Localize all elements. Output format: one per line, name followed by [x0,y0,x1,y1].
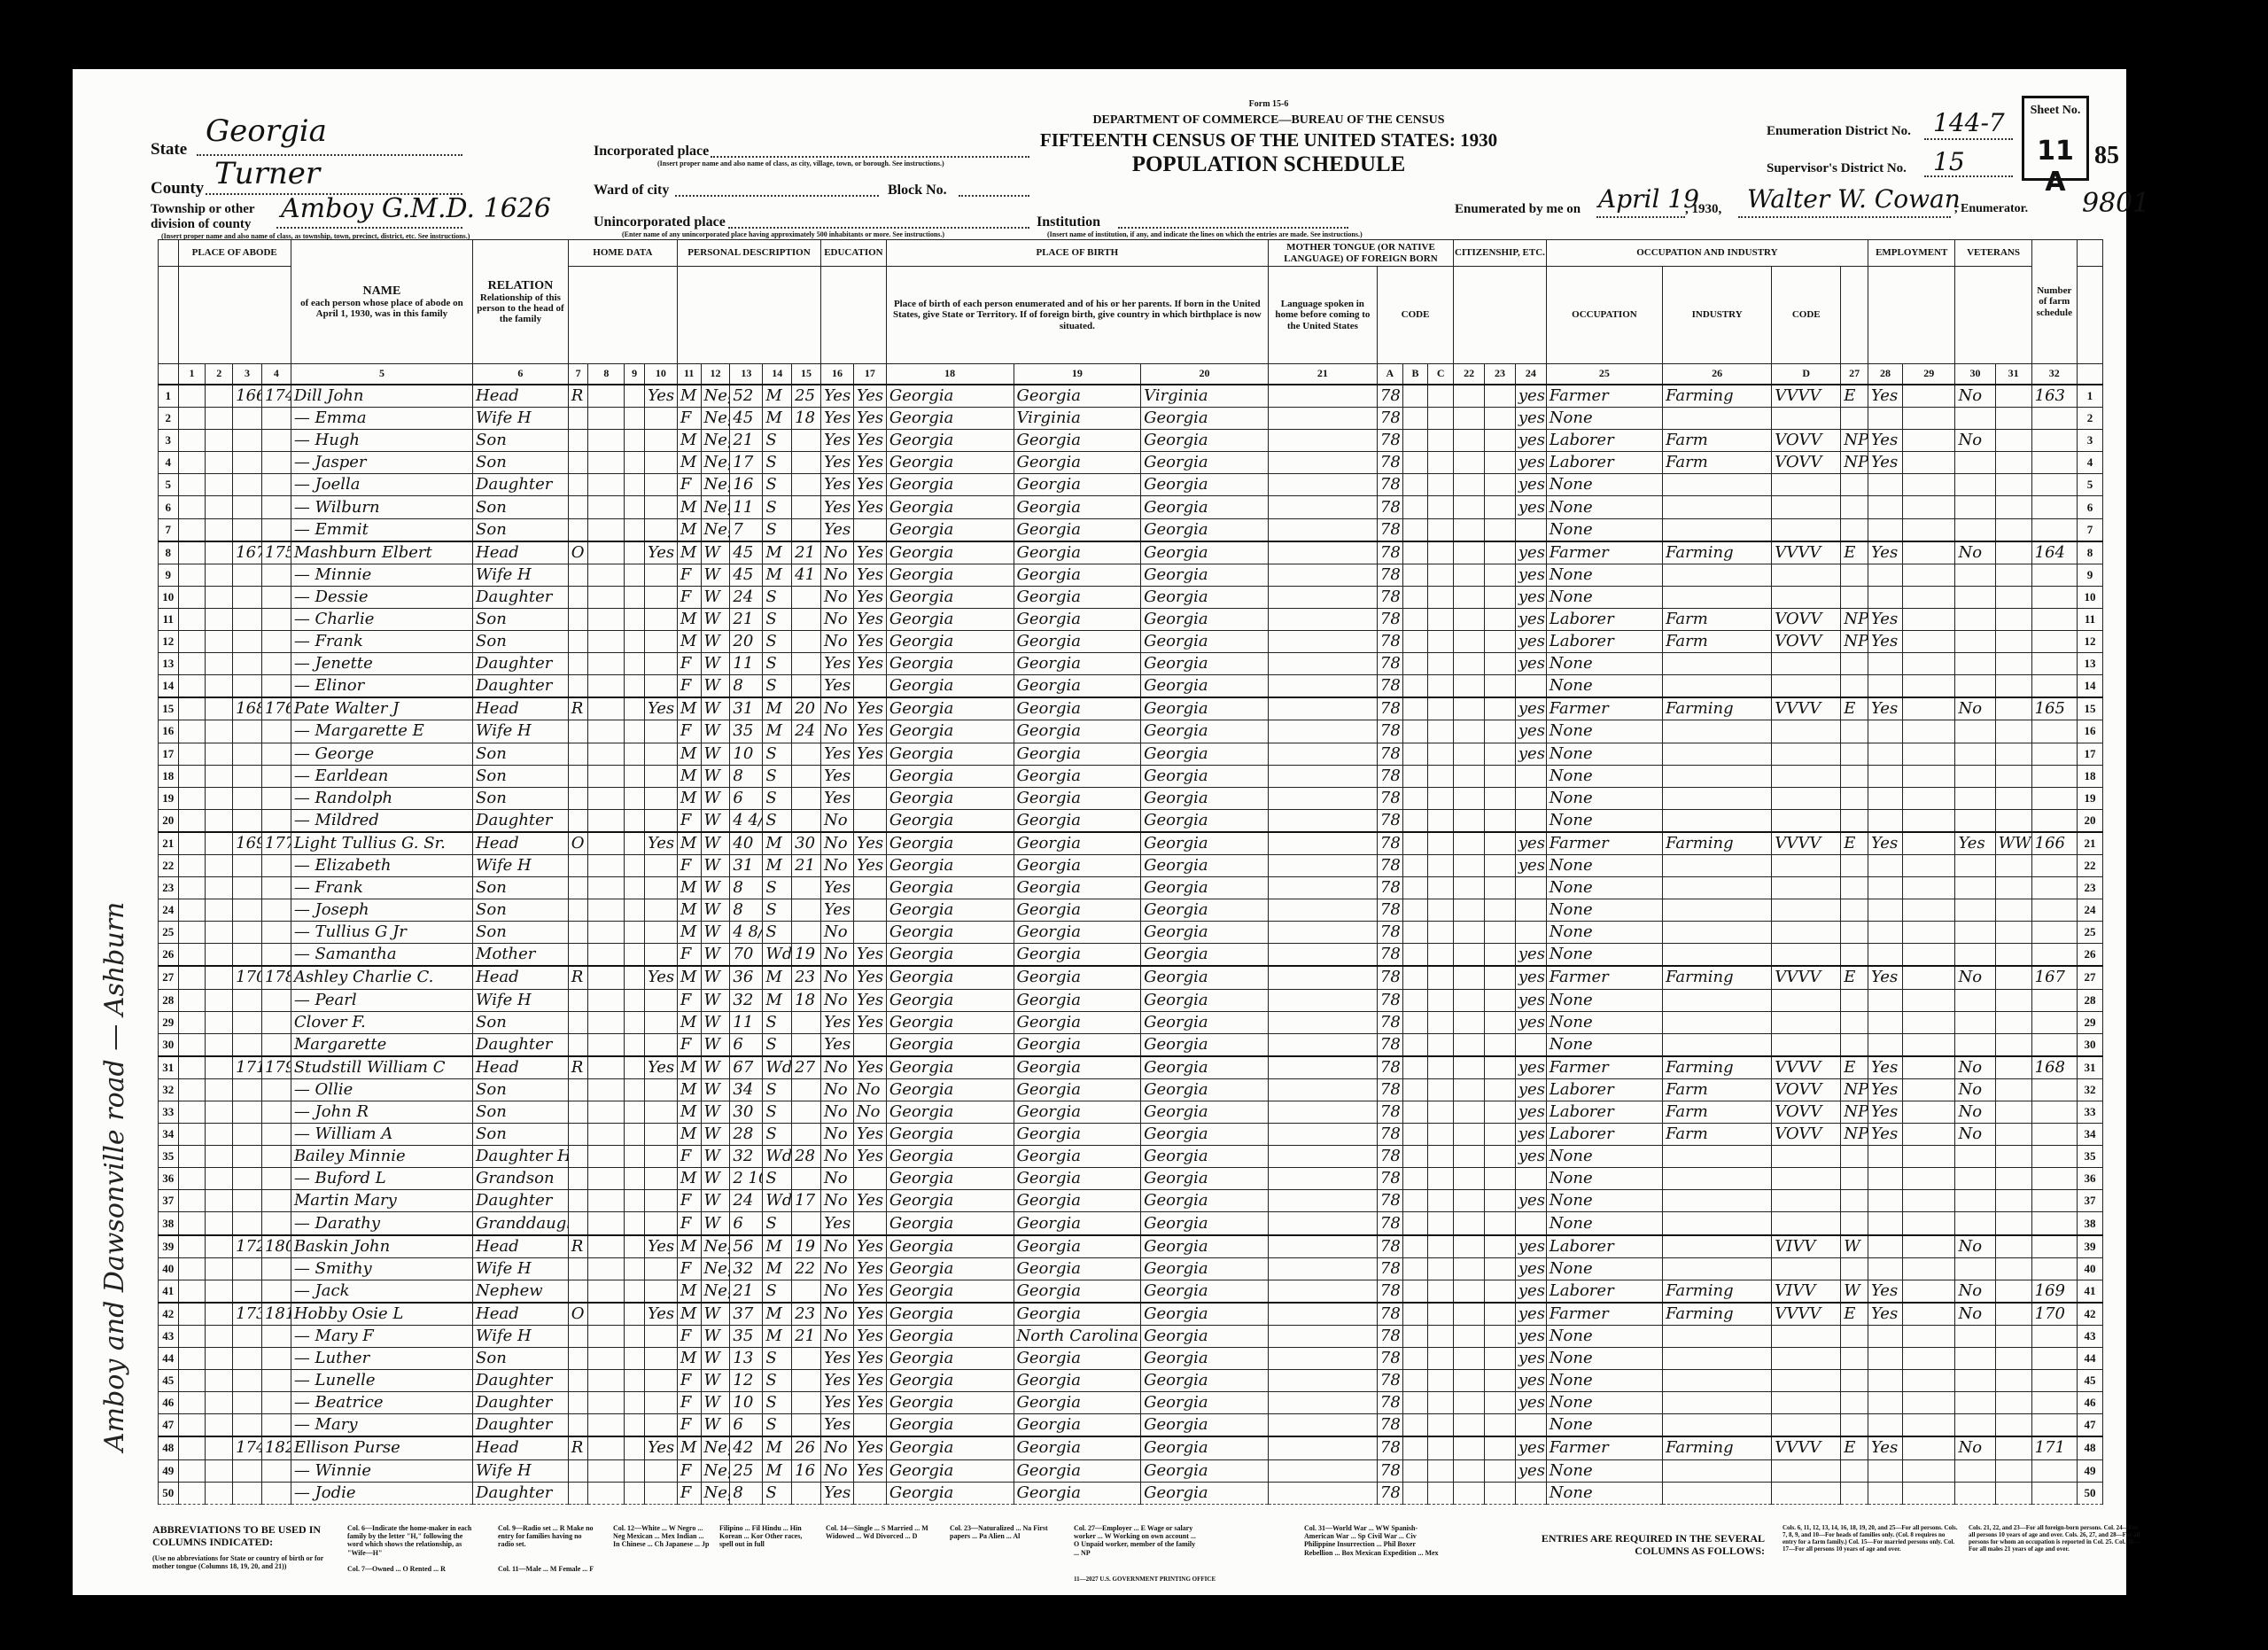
enum-district-label: Enumeration District No. [1767,124,1911,139]
race-cell: W [701,675,730,698]
marital-status-cell: S [763,1348,792,1370]
relation-cell: Head [473,541,569,564]
owned-cell [568,1124,588,1146]
farm-cell: Yes [644,1303,677,1326]
code-b-cell [1402,1056,1428,1079]
family-number-cell [261,1190,291,1212]
group-personal: PERSONAL DESCRIPTION [677,240,820,267]
immig-cell [1454,989,1485,1011]
birthplace-cell: Georgia [886,720,1014,743]
school-cell: No [820,586,853,608]
code-b-cell [1402,1124,1428,1146]
school-cell: Yes [820,1482,853,1504]
table-row: 18— EarldeanSonMW8SYesGeorgiaGeorgiaGeor… [159,765,2103,787]
family-number-cell: 179 [261,1056,291,1079]
line-number: 16 [159,720,179,743]
code-a-cell: 78 [1377,631,1402,653]
mother-birthplace-cell: Georgia [1141,1101,1269,1124]
industry-cell: Farming [1663,1280,1772,1303]
work-cell [1868,1392,1902,1414]
table-row: 13— JenetteDaughterFW11SYesYesGeorgiaGeo… [159,653,2103,675]
occupation-cell: None [1546,653,1662,675]
class-cell [1841,787,1868,809]
family-number-cell [261,743,291,765]
occupation-cell: Laborer [1546,608,1662,630]
farm-cell [644,1168,677,1190]
line-number-right: 6 [2077,496,2102,518]
english-cell: yes [1515,966,1546,989]
vet-cell [1955,787,1995,809]
group-name: NAMEof each person whose place of abode … [291,240,472,364]
natur-cell [1485,922,1516,944]
line-number-right: 37 [2077,1190,2102,1212]
war-cell [1995,430,2031,452]
school-cell: No [820,1280,853,1303]
owned-cell [568,1033,588,1056]
code-b-cell [1402,922,1428,944]
code-c-cell [1428,1436,1454,1459]
code-b-cell [1402,564,1428,586]
farm-schedule-number-cell: 171 [2031,1436,2077,1459]
radio-cell [625,899,645,922]
group-abode: PLACE OF ABODE [178,240,291,267]
immig-cell [1454,1348,1485,1370]
birthplace-cell: Georgia [886,743,1014,765]
marital-status-cell: M [763,1257,792,1280]
vet-cell: No [1955,1078,1995,1101]
farm-schedule-number-cell [2031,1212,2077,1235]
work-cell: Yes [1868,452,1902,474]
race-cell: W [701,720,730,743]
work-cell: Yes [1868,385,1902,408]
father-birthplace-cell: Georgia [1014,743,1141,765]
age-marr-cell [792,518,821,541]
state-label: State [151,140,187,160]
father-birthplace-cell: Georgia [1014,452,1141,474]
read-cell: Yes [853,1392,886,1414]
marital-status-cell: M [763,966,792,989]
industry-cell [1663,1146,1772,1168]
code-c-cell [1428,1325,1454,1347]
mother-birthplace-cell: Georgia [1141,1124,1269,1146]
code-a-cell: 78 [1377,1033,1402,1056]
marital-status-cell: M [763,854,792,876]
line-number-right: 7 [2077,518,2102,541]
natur-cell [1485,608,1516,630]
enum-district-value: 144-7 [1933,108,2005,137]
house-cell [206,1348,233,1370]
person-name-cell: Studstill William C [291,1056,472,1079]
farm-schedule-number-cell [2031,452,2077,474]
code-b-cell [1402,1414,1428,1437]
table-row: 12— FrankSonMW20SNoYesGeorgiaGeorgiaGeor… [159,631,2103,653]
farm-cell [644,1257,677,1280]
abbrev-col27: Col. 27—Employer ... E Wage or salary wo… [1074,1524,1198,1557]
code-a-cell: 78 [1377,608,1402,630]
industry-cell [1663,1348,1772,1370]
unemp-cell [1902,408,1955,430]
mother-birthplace-cell: Georgia [1141,1414,1269,1437]
tongue-cell [1268,832,1377,855]
vet-cell [1955,765,1995,787]
tongue-cell [1268,1257,1377,1280]
incorporated-label: Incorporated place [594,144,709,160]
relation-cell: Granddaughter [473,1212,569,1235]
occupation-cell: Laborer [1546,1078,1662,1101]
birthplace-cell: Georgia [886,809,1014,832]
table-row: 37Martin MaryDaughterFW24Wd17NoYesGeorgi… [159,1190,2103,1212]
code-a-cell: 78 [1377,832,1402,855]
family-number-cell [261,787,291,809]
read-cell: Yes [853,1124,886,1146]
birthplace-cell: Georgia [886,922,1014,944]
code-c-cell [1428,922,1454,944]
person-name-cell: — Jodie [291,1482,472,1504]
table-row: 40— SmithyWife HFNeg32M22NoYesGeorgiaGeo… [159,1257,2103,1280]
immig-cell [1454,653,1485,675]
value-cell [588,720,625,743]
relation-cell: Son [473,787,569,809]
father-birthplace-cell: Georgia [1014,1124,1141,1146]
class-cell: E [1841,1056,1868,1079]
work-cell: Yes [1868,608,1902,630]
line-number: 6 [159,496,179,518]
vet-cell [1955,1033,1995,1056]
code-a-cell: 78 [1377,1190,1402,1212]
table-row: 4— JasperSonMNeg17SYesYesGeorgiaGeorgiaG… [159,452,2103,474]
tongue-cell [1268,966,1377,989]
english-cell [1515,787,1546,809]
sex-cell: F [677,1414,701,1437]
unemp-cell [1902,765,1955,787]
occupation-cell: None [1546,1011,1662,1033]
code-b-cell [1402,631,1428,653]
dwelling-number-cell [233,877,262,899]
line-number-right: 34 [2077,1124,2102,1146]
radio-cell [625,1235,645,1258]
sex-cell: M [677,899,701,922]
table-row: 25— Tullius G JrSonMW4 8/12SNoGeorgiaGeo… [159,922,2103,944]
vet-cell [1955,1168,1995,1190]
immig-cell [1454,586,1485,608]
entries-rules-1: Cols. 6, 11, 12, 13, 14, 16, 18, 19, 20,… [1783,1524,1960,1553]
marital-status-cell: M [763,720,792,743]
read-cell [853,809,886,832]
father-birthplace-cell: Georgia [1014,1303,1141,1326]
father-birthplace-cell: Georgia [1014,1348,1141,1370]
relation-cell: Daughter [473,1370,569,1392]
line-number-right: 24 [2077,899,2102,922]
farm-cell [644,1414,677,1437]
age-cell: 56 [730,1235,763,1258]
code-b-cell [1402,541,1428,564]
street-cell [178,385,206,408]
immig-cell [1454,631,1485,653]
mother-birthplace-cell: Georgia [1141,944,1269,967]
immig-cell [1454,1459,1485,1482]
read-cell: Yes [853,430,886,452]
farm-schedule-number-cell [2031,1124,2077,1146]
vet-cell [1955,1459,1995,1482]
occupation-cell: None [1546,496,1662,518]
schedule-title: POPULATION SCHEDULE [1038,152,1499,177]
read-cell: No [853,1101,886,1124]
read-cell: Yes [853,1348,886,1370]
house-cell [206,474,233,496]
war-cell [1995,1348,2031,1370]
value-cell [588,966,625,989]
school-cell: Yes [820,743,853,765]
code-a-cell: 78 [1377,1348,1402,1370]
immig-cell [1454,899,1485,922]
age-cell: 8 [730,675,763,698]
house-cell [206,496,233,518]
class-cell: NP [1841,430,1868,452]
unemp-cell [1902,1033,1955,1056]
war-cell [1995,1190,2031,1212]
war-cell [1995,1392,2031,1414]
tongue-cell [1268,1124,1377,1146]
age-marr-cell: 24 [792,720,821,743]
age-cell: 4 8/12 [730,922,763,944]
vet-cell [1955,1257,1995,1280]
street-cell [178,496,206,518]
mother-birthplace-cell: Georgia [1141,1436,1269,1459]
class-cell [1841,765,1868,787]
occupation-cell: None [1546,1414,1662,1437]
war-cell [1995,675,2031,698]
industry-cell [1663,1257,1772,1280]
mother-birthplace-cell: Georgia [1141,1168,1269,1190]
occupation-cell: None [1546,474,1662,496]
birthplace-cell: Georgia [886,1033,1014,1056]
occupation-cell: Laborer [1546,430,1662,452]
sex-cell: M [677,1235,701,1258]
war-cell [1995,408,2031,430]
family-number-cell [261,1033,291,1056]
age-marr-cell [792,653,821,675]
marital-status-cell: S [763,518,792,541]
code-c-cell [1428,474,1454,496]
immig-cell [1454,1303,1485,1326]
line-number: 23 [159,877,179,899]
tongue-cell [1268,1056,1377,1079]
code-a-cell: 78 [1377,1303,1402,1326]
farm-schedule-number-cell [2031,1190,2077,1212]
marital-status-cell: S [763,675,792,698]
unemp-cell [1902,1459,1955,1482]
code-b-cell [1402,1146,1428,1168]
race-cell: W [701,564,730,586]
house-cell [206,518,233,541]
code-c-cell [1428,1370,1454,1392]
code-b-cell [1402,854,1428,876]
unemp-cell [1902,1212,1955,1235]
person-name-cell: Dill John [291,385,472,408]
war-cell [1995,922,2031,944]
natur-cell [1485,1303,1516,1326]
unemp-cell [1902,1392,1955,1414]
line-number: 31 [159,1056,179,1079]
house-cell [206,720,233,743]
radio-cell [625,1414,645,1437]
english-cell: yes [1515,1190,1546,1212]
immig-cell [1454,1482,1485,1504]
street-cell [178,1392,206,1414]
age-cell: 31 [730,854,763,876]
relation-cell: Head [473,1235,569,1258]
industry-cell [1663,787,1772,809]
code-a-cell: 78 [1377,1370,1402,1392]
vet-cell [1955,877,1995,899]
school-cell: No [820,631,853,653]
mother-birthplace-cell: Georgia [1141,966,1269,989]
house-cell [206,452,233,474]
dwelling-number-cell: 172 [233,1235,262,1258]
family-number-cell [261,1482,291,1504]
race-cell: W [701,854,730,876]
owned-cell: R [568,1235,588,1258]
table-row: 34— William ASonMW28SNoYesGeorgiaGeorgia… [159,1124,2103,1146]
line-number-right: 1 [2077,385,2102,408]
radio-cell [625,385,645,408]
street-cell [178,1168,206,1190]
race-cell: Neg [701,474,730,496]
table-row: 29Clover F.SonMW11SYesYesGeorgiaGeorgiaG… [159,1011,2103,1033]
age-marr-cell: 30 [792,832,821,855]
age-marr-cell [792,675,821,698]
code-b-cell [1402,474,1428,496]
relation-cell: Wife H [473,564,569,586]
occupation-cell: None [1546,1370,1662,1392]
tongue-cell [1268,564,1377,586]
radio-cell [625,1078,645,1101]
mother-birthplace-cell: Georgia [1141,1459,1269,1482]
father-birthplace-cell: North Carolina [1014,1325,1141,1347]
class-cell: NP [1841,631,1868,653]
industry-cell [1663,743,1772,765]
read-cell: No [853,1078,886,1101]
dwelling-number-cell [233,922,262,944]
immig-cell [1454,697,1485,720]
age-marr-cell [792,1101,821,1124]
tongue-cell [1268,1078,1377,1101]
family-number-cell [261,1392,291,1414]
immig-cell [1454,452,1485,474]
house-cell [206,1280,233,1303]
farm-schedule-number-cell [2031,564,2077,586]
code-d-cell [1772,1459,1841,1482]
class-cell: NP [1841,452,1868,474]
person-name-cell: Ashley Charlie C. [291,966,472,989]
relation-cell: Daughter [473,586,569,608]
house-cell [206,1257,233,1280]
dwelling-number-cell [233,1459,262,1482]
unemp-cell [1902,899,1955,922]
code-a-cell: 78 [1377,1280,1402,1303]
incorporated-line [711,156,1029,158]
immig-cell [1454,1101,1485,1124]
school-cell: No [820,564,853,586]
marital-status-cell: Wd [763,1190,792,1212]
code-d-cell: VOVV [1772,452,1841,474]
value-cell [588,1078,625,1101]
code-a-cell: 78 [1377,518,1402,541]
dwelling-number-cell [233,631,262,653]
farm-cell [644,631,677,653]
owned-cell [568,496,588,518]
marital-status-cell: M [763,832,792,855]
farm-schedule-number-cell [2031,989,2077,1011]
natur-cell [1485,989,1516,1011]
birthplace-cell: Georgia [886,1280,1014,1303]
tongue-cell [1268,1325,1377,1347]
natur-cell [1485,1146,1516,1168]
race-cell: W [701,877,730,899]
farm-schedule-number-cell [2031,1414,2077,1437]
code-c-cell [1428,1459,1454,1482]
relation-cell: Wife H [473,408,569,430]
unemp-cell [1902,877,1955,899]
race-cell: W [701,765,730,787]
father-birthplace-cell: Georgia [1014,809,1141,832]
value-cell [588,1212,625,1235]
mother-birthplace-cell: Georgia [1141,854,1269,876]
line-number: 30 [159,1033,179,1056]
age-cell: 11 [730,496,763,518]
owned-cell: O [568,1303,588,1326]
street-cell [178,1212,206,1235]
age-cell: 52 [730,385,763,408]
relation-cell: Head [473,832,569,855]
occupation-cell: None [1546,854,1662,876]
census-table: PLACE OF ABODE NAMEof each person whose … [158,239,2103,1505]
class-cell [1841,1168,1868,1190]
tongue-cell [1268,743,1377,765]
code-b-cell [1402,809,1428,832]
dwelling-number-cell [233,518,262,541]
code-d-cell [1772,474,1841,496]
line-number-right: 40 [2077,1257,2102,1280]
code-d-cell [1772,877,1841,899]
father-birthplace-cell: Georgia [1014,944,1141,967]
father-birthplace-cell: Georgia [1014,1101,1141,1124]
code-b-cell [1402,1235,1428,1258]
line-number: 4 [159,452,179,474]
race-cell: W [701,1325,730,1347]
vet-cell: No [1955,385,1995,408]
owned-cell [568,1280,588,1303]
english-cell: yes [1515,1146,1546,1168]
value-cell [588,1459,625,1482]
age-cell: 6 [730,1414,763,1437]
race-cell: W [701,743,730,765]
mother-birthplace-cell: Georgia [1141,1257,1269,1280]
tongue-cell [1268,787,1377,809]
mother-birthplace-cell: Georgia [1141,697,1269,720]
mother-birthplace-cell: Georgia [1141,1212,1269,1235]
english-cell: yes [1515,720,1546,743]
class-cell [1841,1414,1868,1437]
code-c-cell [1428,1280,1454,1303]
value-cell [588,989,625,1011]
person-name-cell: — Jasper [291,452,472,474]
occupation-cell: None [1546,922,1662,944]
dwelling-number-cell [233,944,262,967]
school-cell: No [820,1436,853,1459]
value-cell [588,899,625,922]
race-cell: W [701,1212,730,1235]
